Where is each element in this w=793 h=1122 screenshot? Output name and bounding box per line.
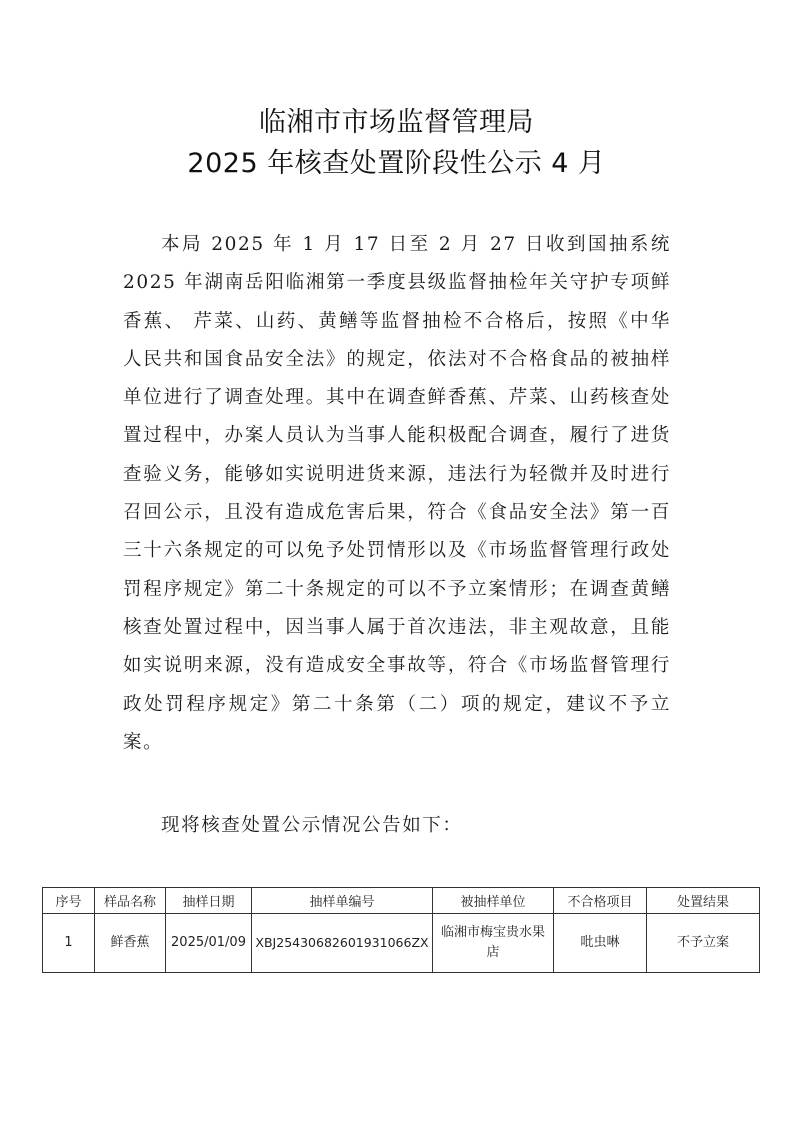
header-sampled-unit: 被抽样单位 (433, 888, 554, 914)
cell-index: 1 (43, 914, 95, 973)
cell-disposal-result: 不予立案 (647, 914, 760, 973)
body-paragraph-main: 本局 2025 年 1 月 17 日至 2 月 27 日收到国抽系统 2025 … (123, 226, 671, 762)
header-sample-name: 样品名称 (95, 888, 166, 914)
disposal-result-table: 序号 样品名称 抽样日期 抽样单编号 被抽样单位 不合格项目 处置结果 1 鲜香… (42, 887, 760, 973)
table-row: 1 鲜香蕉 2025/01/09 XBJ25430682601931066ZX … (43, 914, 760, 973)
header-sample-date: 抽样日期 (166, 888, 252, 914)
cell-sample-date: 2025/01/09 (166, 914, 252, 973)
body-paragraph-announcement: 现将核查处置公示情况公告如下： (123, 807, 671, 845)
cell-failed-item: 吡虫啉 (554, 914, 647, 973)
header-disposal-result: 处置结果 (647, 888, 760, 914)
cell-sampled-unit: 临湘市梅宝贵水果店 (433, 914, 554, 973)
cell-sample-number: XBJ25430682601931066ZX (252, 914, 433, 973)
header-sample-number: 抽样单编号 (252, 888, 433, 914)
document-title-line2: 2025 年核查处置阶段性公示 4 月 (0, 141, 793, 180)
header-failed-item: 不合格项目 (554, 888, 647, 914)
document-title-line1: 临湘市市场监督管理局 (0, 100, 793, 139)
cell-sample-name: 鲜香蕉 (95, 914, 166, 973)
table-header-row: 序号 样品名称 抽样日期 抽样单编号 被抽样单位 不合格项目 处置结果 (43, 888, 760, 914)
header-index: 序号 (43, 888, 95, 914)
